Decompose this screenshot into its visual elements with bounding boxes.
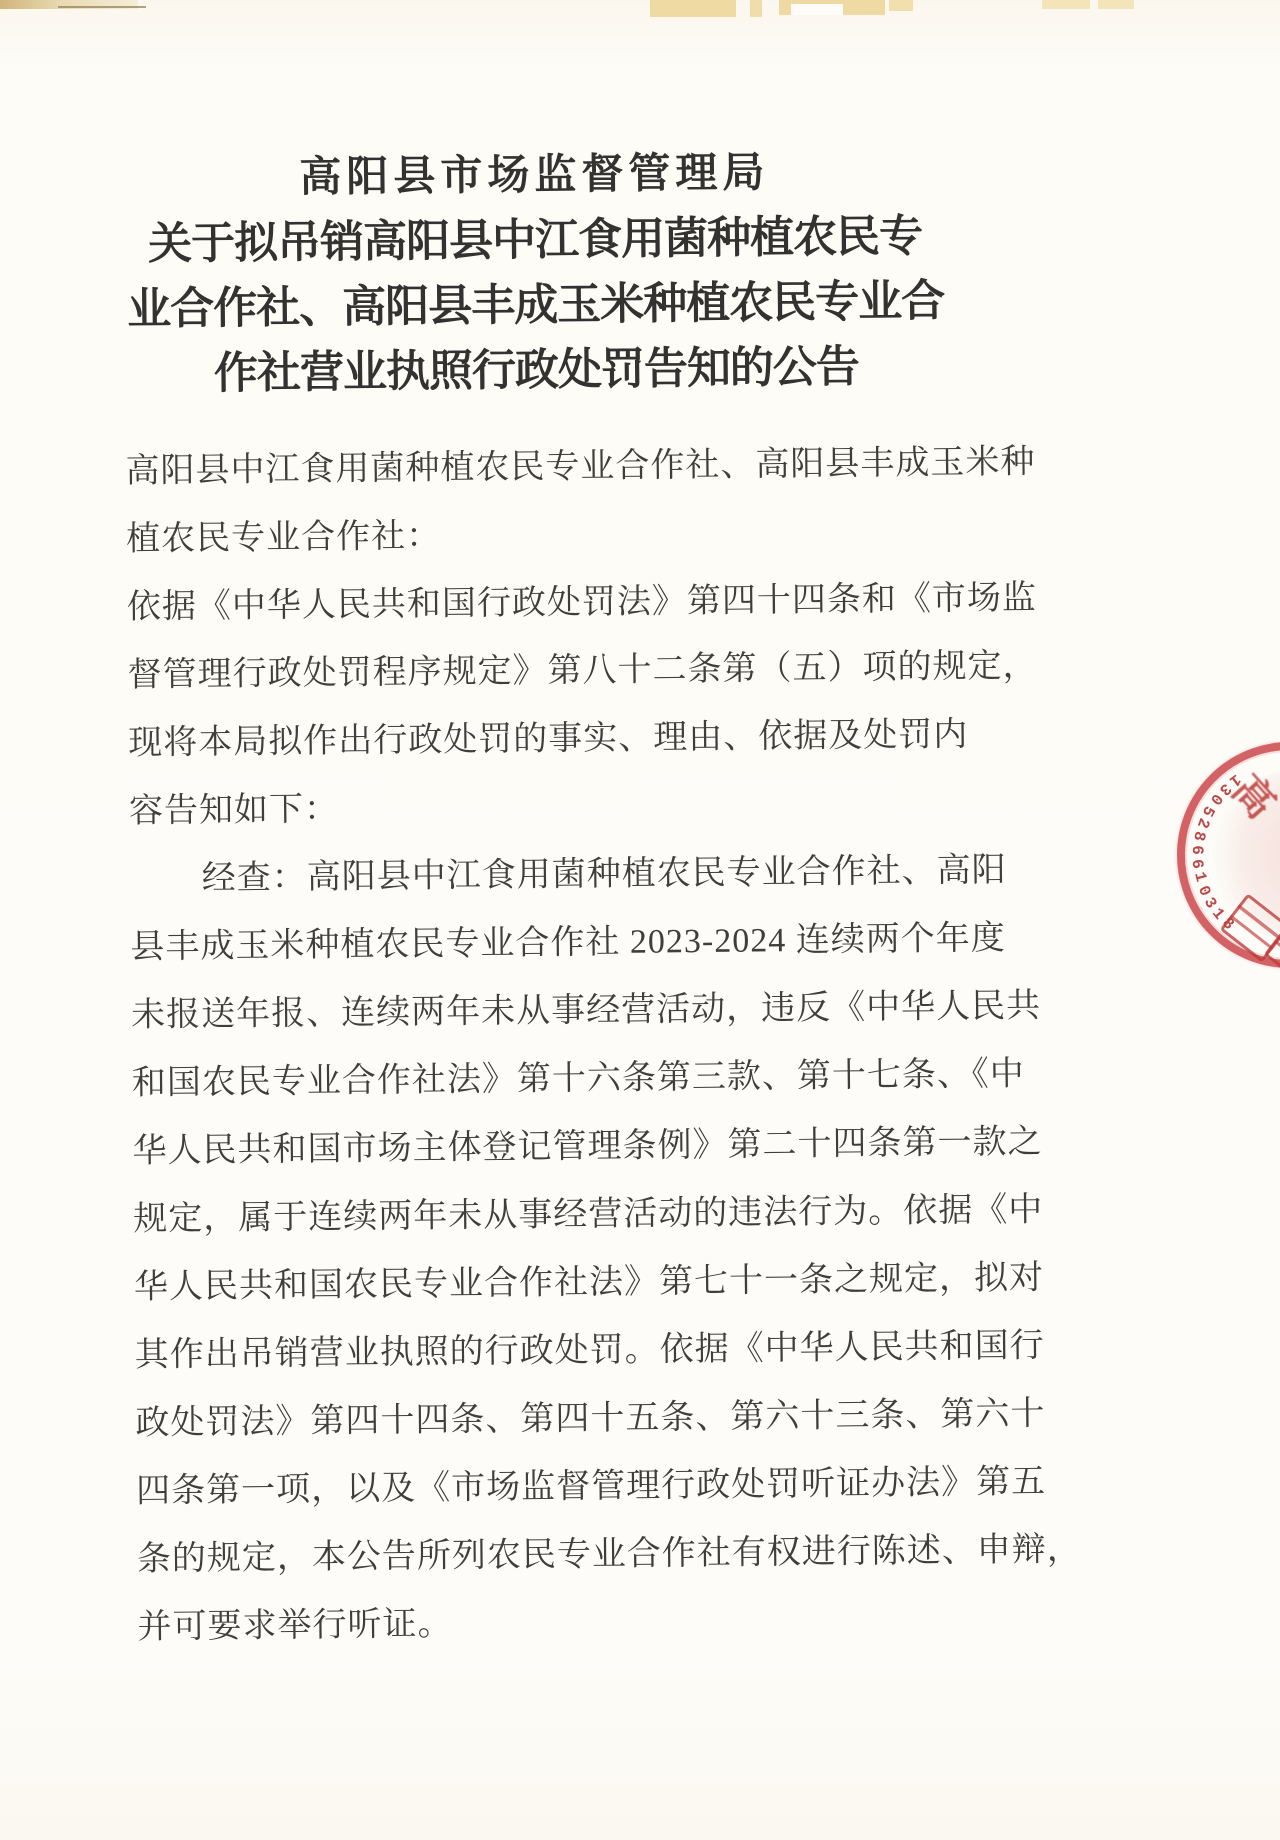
official-seal: 1305286610318 高: [1177, 742, 1280, 968]
scan-artifact: [650, 0, 736, 17]
body-line: 并可要求举行听证。: [137, 1585, 962, 1662]
document-title-line: 业合作社、高阳县丰成玉米种植农民专业合: [123, 268, 948, 342]
announcement-text: 高阳县中江食用菌种植农民专业合作社、高阳县丰成玉米种植农民专业合作社：依据《中华…: [125, 429, 962, 1662]
body-line: 依据《中华人民共和国行政处罚法》第四十四条和《市场监: [127, 565, 952, 642]
body-line: 和国农民专业合作社法》第十六条第三款、第十七条、《中: [132, 1041, 957, 1118]
body-line: 条的规定，本公告所列农民专业合作社有权进行陈述、申辩，: [137, 1517, 962, 1594]
scan-artifact: [791, 4, 843, 15]
body-line: 容告知如下：: [129, 769, 954, 846]
body-line: 督管理行政处罚程序规定》第八十二条第（五）项的规定，: [127, 633, 952, 710]
scan-artifact: [750, 0, 762, 17]
body-line: 华人民共和国市场主体登记管理条例》第二十四条第一款之: [132, 1109, 957, 1186]
document-body: 高阳县市场监督管理局 关于拟吊销高阳县中江食用菌种植农民专 业合作社、高阳县丰成…: [122, 139, 962, 1662]
body-line: 四条第一项，以及《市场监督管理行政处罚听证办法》第五: [136, 1449, 961, 1526]
document-title-line: 关于拟吊销高阳县中江食用菌种植农民专: [123, 203, 948, 277]
scan-artifact: [889, 0, 913, 11]
body-line: 现将本局拟作出行政处罚的事实、理由、依据及处罚内: [128, 701, 953, 778]
document-title-line: 作社营业执照行政处罚告知的公告: [124, 333, 949, 407]
body-line: 经查：高阳县中江食用菌种植农民专业合作社、高阳: [129, 837, 954, 914]
body-line: 政处罚法》第四十四条、第四十五条、第六十三条、第六十: [135, 1381, 960, 1458]
body-line: 华人民共和国农民专业合作社法》第七十一条之规定，拟对: [134, 1245, 959, 1322]
stamp-code-digit: 6: [1188, 858, 1207, 869]
body-line: 规定，属于连续两年未从事经营活动的违法行为。依据《中: [133, 1177, 958, 1254]
stamp-code-digit: 6: [1188, 845, 1206, 856]
scan-artifact: [1042, 0, 1090, 9]
body-line: 县丰成玉米种植农民专业合作社 2023-2024 连续两个年度: [130, 905, 955, 982]
body-line: 植农民专业合作社：: [126, 497, 951, 574]
body-line: 高阳县中江食用菌种植农民专业合作社、高阳县丰成玉米种: [125, 429, 950, 506]
scan-artifact: [58, 6, 146, 8]
body-line: 未报送年报、连续两年未从事经营活动，违反《中华人民共: [131, 973, 956, 1050]
body-line: 其作出吊销营业执照的行政处罚。依据《中华人民共和国行: [134, 1313, 959, 1390]
scanned-document-page: 高阳县市场监督管理局 关于拟吊销高阳县中江食用菌种植农民专 业合作社、高阳县丰成…: [0, 0, 1280, 1840]
issuing-agency-title: 高阳县市场监督管理局: [122, 139, 947, 212]
scan-artifact: [1098, 0, 1134, 9]
